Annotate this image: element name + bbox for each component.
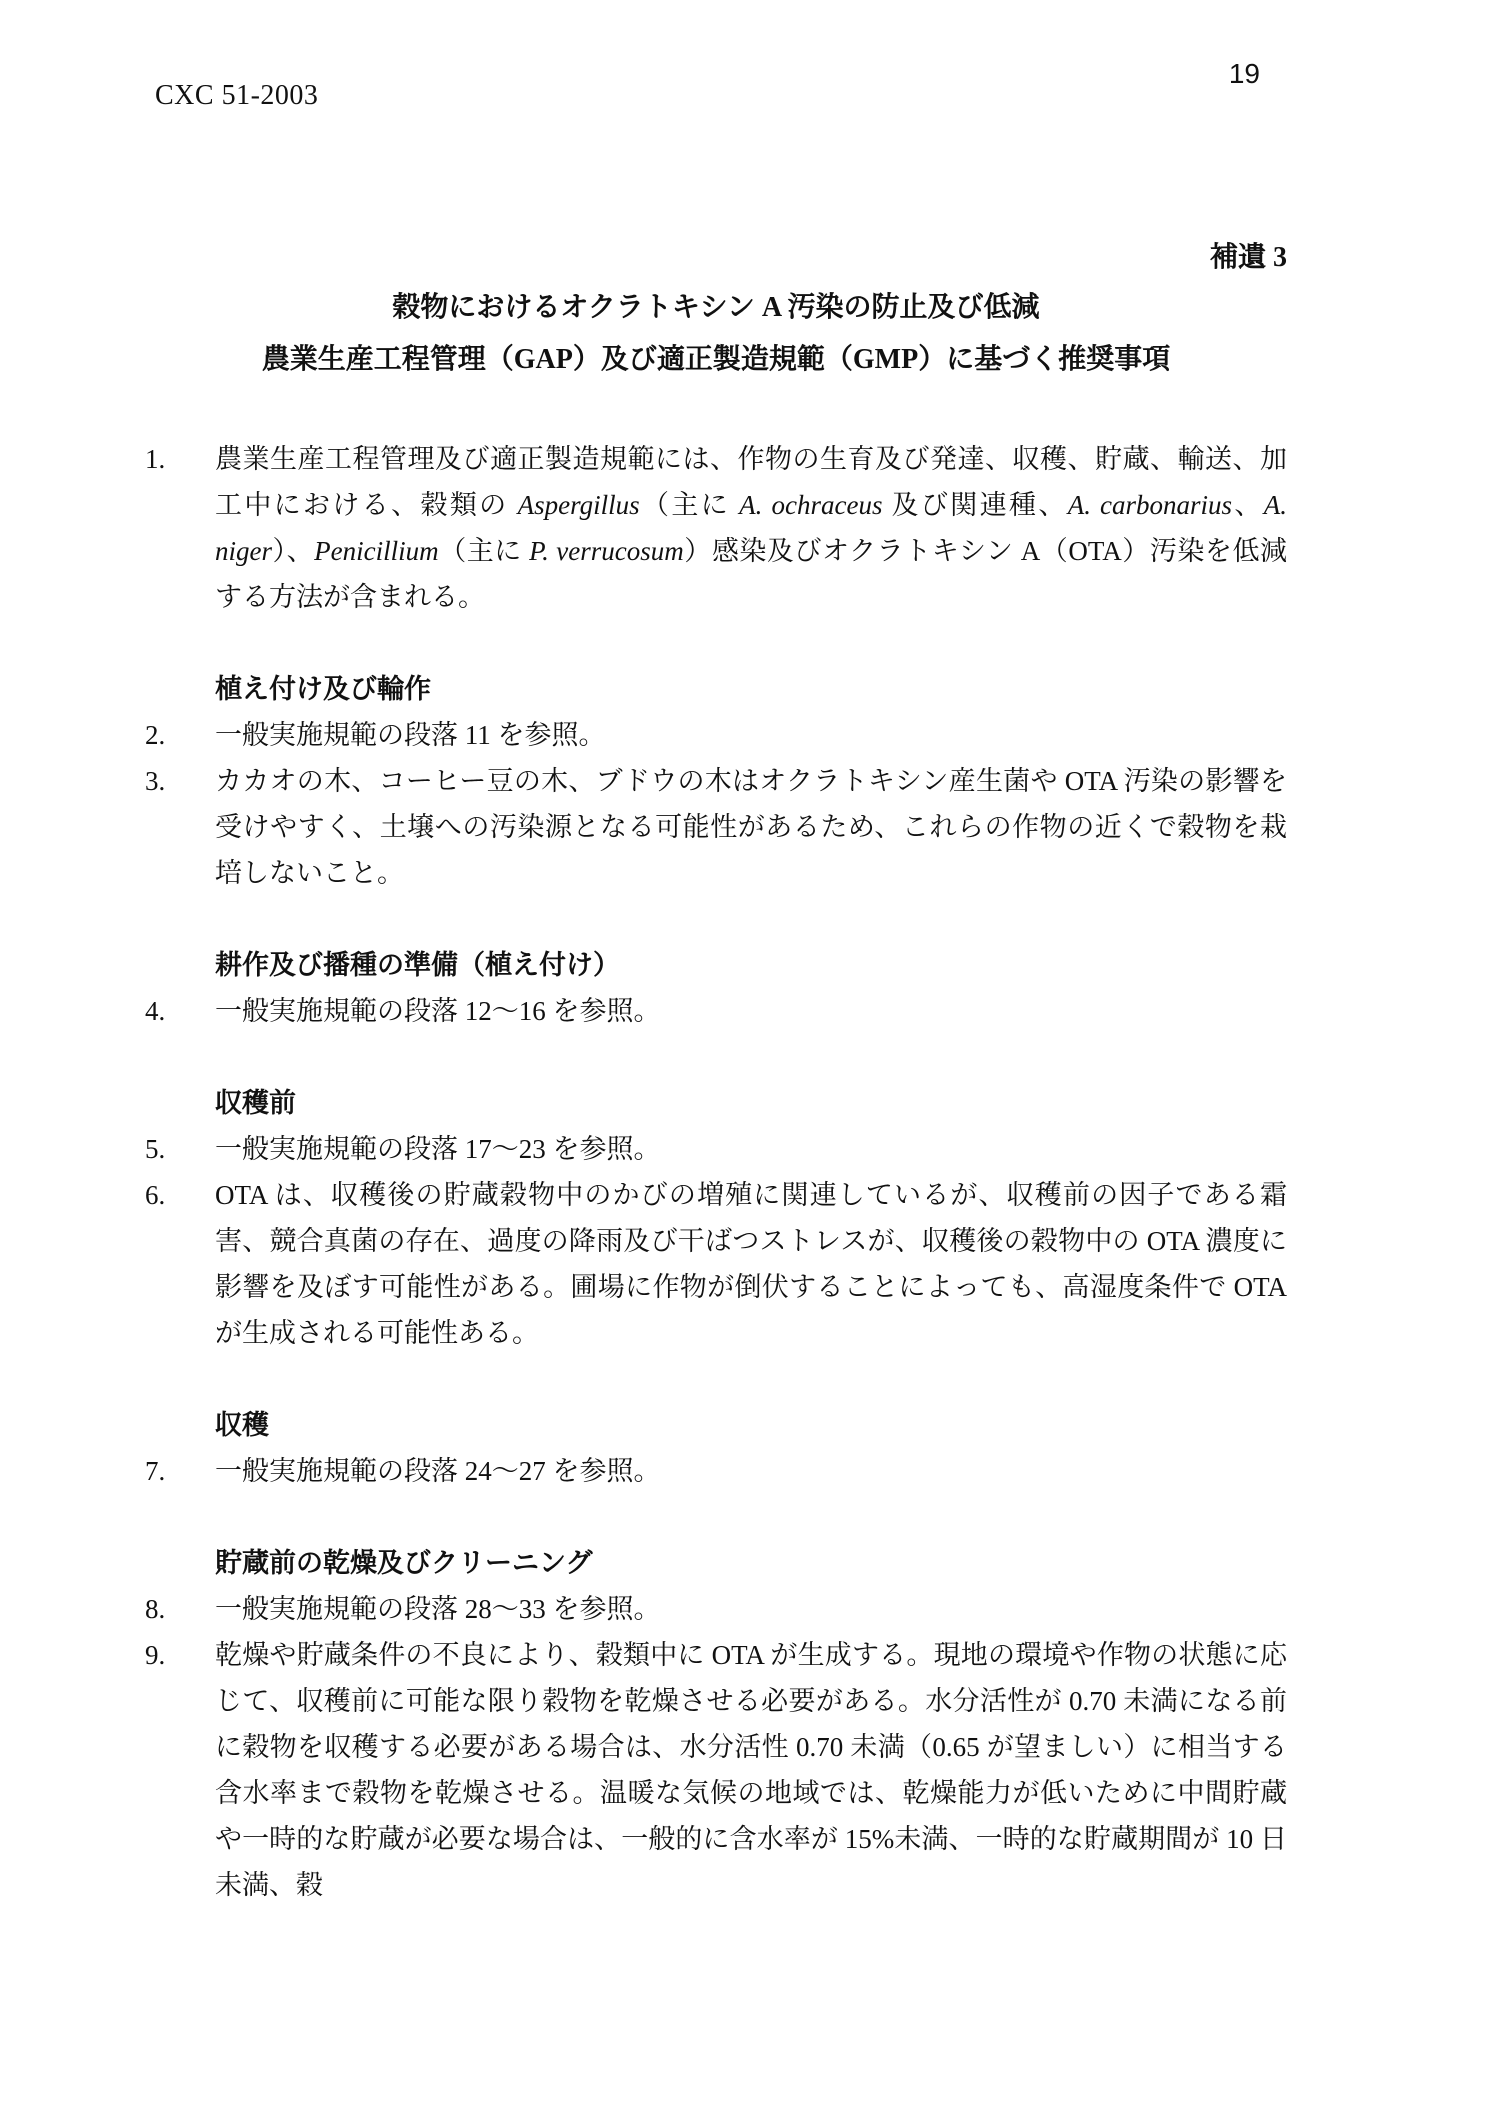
list-item-5: 5. 一般実施規範の段落 17～23 を参照。 xyxy=(145,1126,1287,1172)
appendix-label: 補遺 3 xyxy=(145,240,1287,276)
list-item-1: 1. 農業生産工程管理及び適正製造規範には、作物の生育及び発達、収穫、貯蔵、輸送… xyxy=(145,436,1287,620)
item-text: 乾燥や貯蔵条件の不良により、穀類中に OTA が生成する。現地の環境や作物の状態… xyxy=(215,1632,1287,1908)
text-segment: ）、 xyxy=(272,536,314,566)
document-content: 補遺 3 穀物におけるオクラトキシン A 汚染の防止及び低減 農業生産工程管理（… xyxy=(145,240,1287,1908)
text-segment: 及び関連種、 xyxy=(882,490,1067,520)
item-number: 2. xyxy=(145,712,215,758)
document-title-line-2: 農業生産工程管理（GAP）及び適正製造規範（GMP）に基づく推奨事項 xyxy=(145,334,1287,386)
item-text: カカオの木、コーヒー豆の木、ブドウの木はオクラトキシン産生菌や OTA 汚染の影… xyxy=(215,758,1287,896)
document-page: 19 CXC 51-2003 補遺 3 穀物におけるオクラトキシン A 汚染の防… xyxy=(0,0,1500,2122)
item-number: 4. xyxy=(145,988,215,1034)
list-item-2: 2. 一般実施規範の段落 11 を参照。 xyxy=(145,712,1287,758)
list-item-8: 8. 一般実施規範の段落 28～33 を参照。 xyxy=(145,1586,1287,1632)
doc-code: CXC 51-2003 xyxy=(155,82,318,110)
item-number: 7. xyxy=(145,1448,215,1494)
species-name: A. carbonarius xyxy=(1068,490,1232,520)
page-number: 19 xyxy=(1229,60,1260,88)
item-number: 9. xyxy=(145,1632,215,1908)
item-text: 一般実施規範の段落 28～33 を参照。 xyxy=(215,1586,1287,1632)
document-title-line-1: 穀物におけるオクラトキシン A 汚染の防止及び低減 xyxy=(145,282,1287,334)
list-item-6: 6. OTA は、収穫後の貯蔵穀物中のかびの増殖に関連しているが、収穫前の因子で… xyxy=(145,1172,1287,1356)
species-name: Penicillium xyxy=(314,536,438,566)
section-heading-harvest: 収穫 xyxy=(215,1402,1287,1448)
list-item-9: 9. 乾燥や貯蔵条件の不良により、穀類中に OTA が生成する。現地の環境や作物… xyxy=(145,1632,1287,1908)
text-segment: 、 xyxy=(1232,490,1264,520)
document-title: 穀物におけるオクラトキシン A 汚染の防止及び低減 農業生産工程管理（GAP）及… xyxy=(145,282,1287,386)
item-number: 3. xyxy=(145,758,215,896)
section-heading-planting: 植え付け及び輪作 xyxy=(215,666,1287,712)
list-item-7: 7. 一般実施規範の段落 24～27 を参照。 xyxy=(145,1448,1287,1494)
item-number: 8. xyxy=(145,1586,215,1632)
item-text: OTA は、収穫後の貯蔵穀物中のかびの増殖に関連しているが、収穫前の因子である霜… xyxy=(215,1172,1287,1356)
item-number: 5. xyxy=(145,1126,215,1172)
section-heading-drying: 貯蔵前の乾燥及びクリーニング xyxy=(215,1540,1287,1586)
item-text: 一般実施規範の段落 17～23 を参照。 xyxy=(215,1126,1287,1172)
numbered-list: 1. 農業生産工程管理及び適正製造規範には、作物の生育及び発達、収穫、貯蔵、輸送… xyxy=(145,436,1287,1908)
item-text: 一般実施規範の段落 11 を参照。 xyxy=(215,712,1287,758)
item-text: 一般実施規範の段落 24～27 を参照。 xyxy=(215,1448,1287,1494)
section-heading-preharvest: 収穫前 xyxy=(215,1080,1287,1126)
item-text: 農業生産工程管理及び適正製造規範には、作物の生育及び発達、収穫、貯蔵、輸送、加工… xyxy=(215,436,1287,620)
species-name: P. verrucosum xyxy=(529,536,684,566)
text-segment: （主に xyxy=(640,490,740,520)
section-heading-cultivation: 耕作及び播種の準備（植え付け） xyxy=(215,942,1287,988)
text-segment: （主に xyxy=(439,536,530,566)
species-name: A. ochraceus xyxy=(739,490,882,520)
item-number: 1. xyxy=(145,436,215,620)
species-name: Aspergillus xyxy=(518,490,640,520)
item-number: 6. xyxy=(145,1172,215,1356)
item-text: 一般実施規範の段落 12～16 を参照。 xyxy=(215,988,1287,1034)
list-item-3: 3. カカオの木、コーヒー豆の木、ブドウの木はオクラトキシン産生菌や OTA 汚… xyxy=(145,758,1287,896)
list-item-4: 4. 一般実施規範の段落 12～16 を参照。 xyxy=(145,988,1287,1034)
